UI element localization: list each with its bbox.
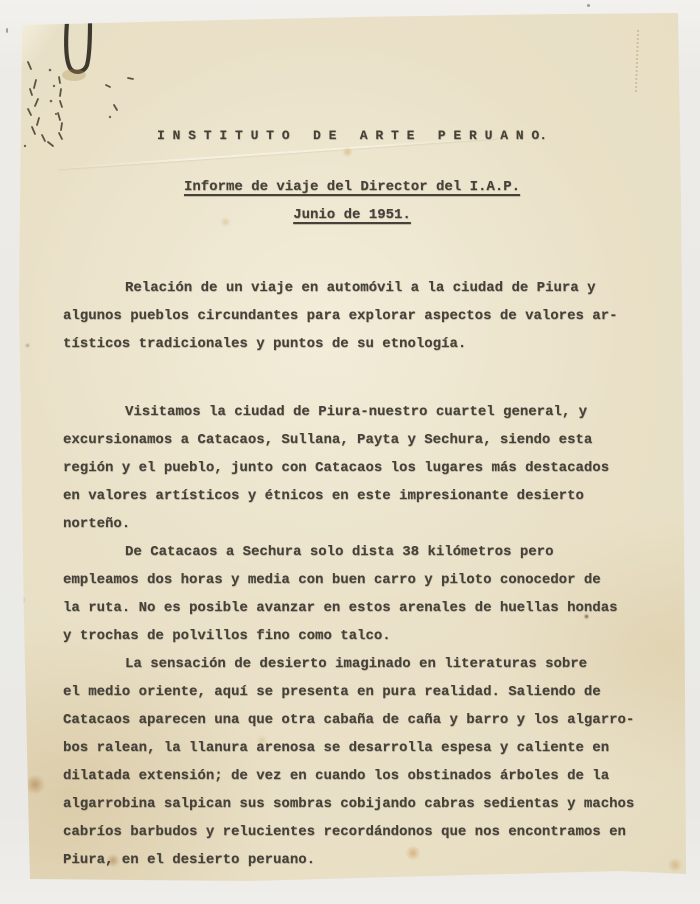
scan-background: I N S T I T U T O D E A R T E P E R U A … bbox=[0, 0, 700, 904]
background-speck bbox=[6, 28, 8, 33]
document-page: I N S T I T U T O D E A R T E P E R U A … bbox=[0, 0, 700, 904]
background-speck bbox=[587, 4, 590, 7]
stain-spot bbox=[342, 147, 353, 157]
stain-spot bbox=[18, 596, 25, 604]
ink-marks bbox=[0, 0, 150, 170]
paragraph-route: De Catacaos a Sechura solo dista 38 kiló… bbox=[63, 538, 663, 650]
report-title: Informe de viaje del Director del I.A.P. bbox=[23, 177, 681, 197]
paragraph-visit: Visitamos la ciudad de Piura-nuestro cua… bbox=[63, 398, 663, 538]
stain-spot bbox=[25, 775, 45, 794]
paragraph-desert: La sensación de desierto imaginado en li… bbox=[63, 650, 663, 874]
report-body: Relación de un viaje en automóvil a la c… bbox=[63, 274, 663, 874]
paragraph-introduction: Relación de un viaje en automóvil a la c… bbox=[63, 274, 663, 358]
stain-spot bbox=[25, 343, 30, 348]
report-date: Junio de 1951. bbox=[23, 205, 681, 225]
stain-spot bbox=[668, 858, 682, 872]
institution-heading: I N S T I T U T O D E A R T E P E R U A … bbox=[23, 128, 681, 144]
paper-crease bbox=[635, 30, 639, 92]
